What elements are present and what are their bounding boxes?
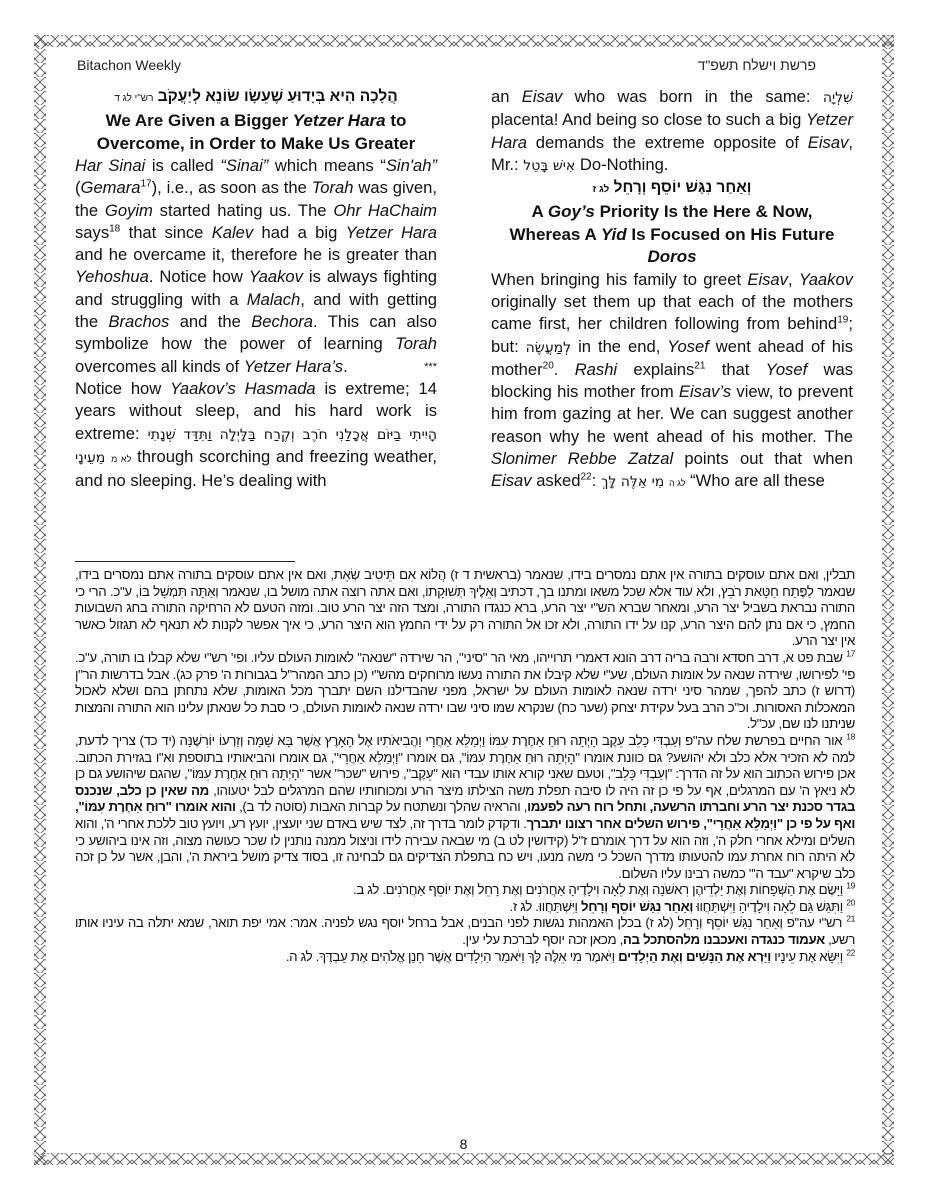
footnote-text-bold: וְאַחַר נִגַּשׁ יוֹסֵף וְרָחֵל — [581, 899, 693, 914]
text: When bringing his family to greet — [491, 270, 747, 289]
text: . Notice how — [149, 267, 249, 286]
text: had a big — [253, 223, 345, 242]
title-text-italic: Doros — [647, 247, 696, 266]
text-italic: Malach — [247, 290, 301, 309]
text-italic: Eisav — [491, 471, 532, 490]
text-italic: Yaakov — [799, 270, 853, 289]
text-italic: Yetzer Hara — [346, 223, 437, 242]
footnote-22: 22 וַיִּשָּׂא אֶת עֵינָיו וַיַּרְא אֶת ה… — [75, 949, 855, 966]
footnote-ref-17[interactable]: 17 — [140, 179, 151, 190]
footnote-20: 20 וַתִּגַּשׁ גַּם לֵאָה וִילָדֶיהָ וַיִ… — [75, 899, 855, 916]
footnote-21: 21 רש"י עה"פ וְאַחַר נִגַּשׁ יוֹסֵף וְרָ… — [75, 915, 855, 948]
footnote-text: וַיָּשֶׂם אֶת הַשְּׁפָחוֹת וְאֶת יַלְדֵי… — [353, 882, 843, 897]
paragraph: an Eisav who was born in the same: שִׁלְ… — [491, 86, 853, 177]
text: placenta! And being so close to such a b… — [491, 110, 806, 129]
text: ), i.e., as soon as the — [152, 178, 312, 197]
footnote-ref-22[interactable]: 22 — [580, 472, 591, 483]
text-italic: Eisav — [522, 87, 563, 106]
right-column: an Eisav who was born in the same: שִׁלְ… — [491, 86, 853, 495]
text-italic: Eisav’s — [679, 382, 731, 401]
title-text: We Are Given a Bigger — [106, 111, 293, 130]
footnote-text: , מכאן זכה יוסף לברכת עלי עין. — [462, 932, 623, 947]
footnote-ref-20[interactable]: 20 — [543, 360, 554, 371]
footnote-continuation: תבלין, ואם אתם עוסקים בתורה אין אתם נמסר… — [75, 567, 855, 650]
hebrew-heading: הֲלָכָה הִיא בְּיָדוּעַ שֶׁעֵשָׂו שׂוֹנֵ… — [75, 86, 437, 110]
footnote-19: 19 וַיָּשֶׂם אֶת הַשְּׁפָחוֹת וְאֶת יַלְ… — [75, 882, 855, 899]
footnote-number: 18 — [846, 732, 855, 742]
running-header-parsha: פרשת וישלח תשפ"ד — [698, 57, 816, 73]
border-left — [34, 35, 46, 1165]
text-italic: Torah — [395, 334, 437, 353]
hebrew-heading-source: לג ז — [593, 184, 610, 195]
text-italic: Slonimer Rebbe Zatzal — [491, 449, 673, 468]
text-italic: Kalev — [212, 223, 254, 242]
hebrew-heading: וְאַחַר נִגַּשׁ יוֹסֵף וְרָחֵל לג ז — [491, 177, 853, 201]
section-divider-stars: *** — [424, 356, 437, 378]
hebrew-quote: מִי אֵלֶּה לָּךְ — [601, 474, 664, 490]
footnotes-section: תבלין, ואם אתם עוסקים בתורה אין אתם נמסר… — [75, 567, 855, 965]
footnote-text: שבת פט א, דרב חסדא ורבה בריה דרב הונא דא… — [75, 650, 855, 731]
text: , — [788, 270, 799, 289]
text-italic: Bechora — [251, 312, 313, 331]
footnote-18: 18 אור החיים בפרשת שלח עה"פ וְעַבְדִּי כ… — [75, 733, 855, 882]
footnote-text: , והראיה שהלך ונשתטח על קברות האבות (סוט… — [236, 799, 527, 814]
paragraph: Har Sinai is called “Sinai” which means … — [75, 155, 437, 378]
text: : — [592, 471, 601, 490]
footnote-ref-18[interactable]: 18 — [109, 223, 120, 234]
running-header-publication: Bitachon Weekly — [77, 57, 181, 73]
text-italic: Eisav — [747, 270, 788, 289]
paragraph: When bringing his family to greet Eisav,… — [491, 269, 853, 495]
text: overcomes all kinds of — [75, 357, 244, 376]
text: Notice how — [75, 379, 170, 398]
text-italic: Yaakov’s Hasmada — [170, 379, 316, 398]
footnote-17: 17 שבת פט א, דרב חסדא ורבה בריה דרב הונא… — [75, 650, 855, 733]
text-italic: Eisav — [808, 133, 849, 152]
text: Do-Nothing. — [575, 155, 668, 174]
border-right — [882, 35, 894, 1165]
text-italic: Har Sinai — [75, 156, 145, 175]
footnote-number: 20 — [846, 897, 855, 907]
text: asked — [532, 471, 581, 490]
text: an — [491, 87, 522, 106]
title-text-italic: Goy’s — [548, 202, 595, 221]
title-text-italic: Yid — [601, 225, 627, 244]
text-italic: Yaakov — [249, 267, 303, 286]
text: that since — [120, 223, 211, 242]
text: demands the extreme opposite of — [527, 133, 808, 152]
text: originally set them up that each of the … — [491, 292, 853, 333]
hebrew-heading-text: וְאַחַר נִגַּשׁ יוֹסֵף וְרָחֵל — [614, 179, 752, 196]
footnote-text: וַיֹּאמֶר מִי אֵלֶּה לָּךְ וַיֹּאמַר הַי… — [286, 949, 618, 964]
title-text: Is Focused on His Future — [627, 225, 835, 244]
hebrew-source: לג ה — [669, 478, 686, 488]
footnote-number: 17 — [846, 649, 855, 659]
paragraph: Notice how Yaakov’s Hasmada is extreme; … — [75, 378, 437, 492]
text: points out that when — [673, 449, 853, 468]
text: “Who are all these — [686, 471, 825, 490]
text: which means “ — [268, 156, 386, 175]
text: and he overcame it, therefore he is grea… — [75, 245, 437, 264]
text-italic: Yosef — [667, 337, 709, 356]
text: and the — [169, 312, 251, 331]
footnote-text-bold: אעמוד כנגדה ואעכבנו מלהסתכל בה — [623, 932, 825, 947]
hebrew-word: לְמַעֲשֶׂה — [526, 340, 571, 356]
text: says — [75, 223, 109, 242]
title-text: Overcome, in Order to Make Us Greater — [97, 134, 415, 153]
hebrew-word: אִישׁ בָּטֵל — [523, 158, 575, 174]
text-italic: Gemara — [81, 178, 141, 197]
text: is called — [145, 156, 220, 175]
hebrew-heading-text: הֲלָכָה הִיא בְּיָדוּעַ שֶׁעֵשָׂו שׂוֹנֵ… — [158, 88, 398, 105]
title-text-italic: Yetzer Hara — [293, 111, 386, 130]
text-italic: Goyim — [105, 201, 153, 220]
footnote-number: 22 — [846, 947, 855, 957]
left-column: הֲלָכָה הִיא בְּיָדוּעַ שֶׁעֵשָׂו שׂוֹנֵ… — [75, 86, 437, 492]
footnote-text: וַתִּגַּשׁ גַּם לֵאָה וִילָדֶיהָ וַיִּשְ… — [693, 899, 843, 914]
footnote-text-bold: וַיַּרְא אֶת הַנָּשִׁים וְאֶת הַיְלָדִים — [618, 949, 771, 964]
text-italic: Sin'ah” — [386, 156, 437, 175]
text-italic: Rashi — [575, 360, 617, 379]
border-bottom — [34, 1153, 894, 1165]
hebrew-heading-source: רש"י לג ד — [114, 93, 153, 104]
page-number: 8 — [0, 1136, 927, 1152]
border-top — [34, 35, 894, 47]
footnote-number: 19 — [846, 881, 855, 891]
text-italic: Torah — [312, 178, 354, 197]
footnote-ref-21[interactable]: 21 — [694, 360, 705, 371]
text: . — [343, 357, 348, 376]
text: . — [554, 360, 575, 379]
title-text: to — [386, 111, 407, 130]
title-text: Priority Is the Here & Now, — [595, 202, 813, 221]
text: in the end, — [571, 337, 667, 356]
text-italic: Ohr HaChaim — [333, 201, 437, 220]
text-italic: Yehoshua — [75, 267, 149, 286]
text: explains — [617, 360, 694, 379]
section-title: We Are Given a Bigger Yetzer Hara to Ove… — [75, 110, 437, 155]
section-title: A Goy’s Priority Is the Here & Now, Wher… — [491, 201, 853, 269]
title-text: Whereas A — [510, 225, 601, 244]
title-text: A — [532, 202, 548, 221]
footnote-text: וַיִּשְׁתַּחֲווּ. לג ז. — [510, 899, 581, 914]
text: who was born in the same: — [562, 87, 822, 106]
text-italic: Yetzer Hara’s — [244, 357, 343, 376]
text-italic: Yosef — [766, 360, 808, 379]
footnote-ref-19[interactable]: 19 — [837, 315, 848, 326]
text: that — [705, 360, 765, 379]
footnote-number: 21 — [846, 914, 855, 924]
text-italic: “Sinai” — [220, 156, 268, 175]
hebrew-word: שִׁלְיָה — [823, 90, 853, 106]
hebrew-source: לא מ — [111, 454, 131, 464]
text-italic: Brachos — [108, 312, 169, 331]
footnote-separator — [75, 561, 295, 562]
footnote-text: וַיִּשָּׂא אֶת עֵינָיו — [771, 949, 843, 964]
text: started hating us. The — [153, 201, 334, 220]
